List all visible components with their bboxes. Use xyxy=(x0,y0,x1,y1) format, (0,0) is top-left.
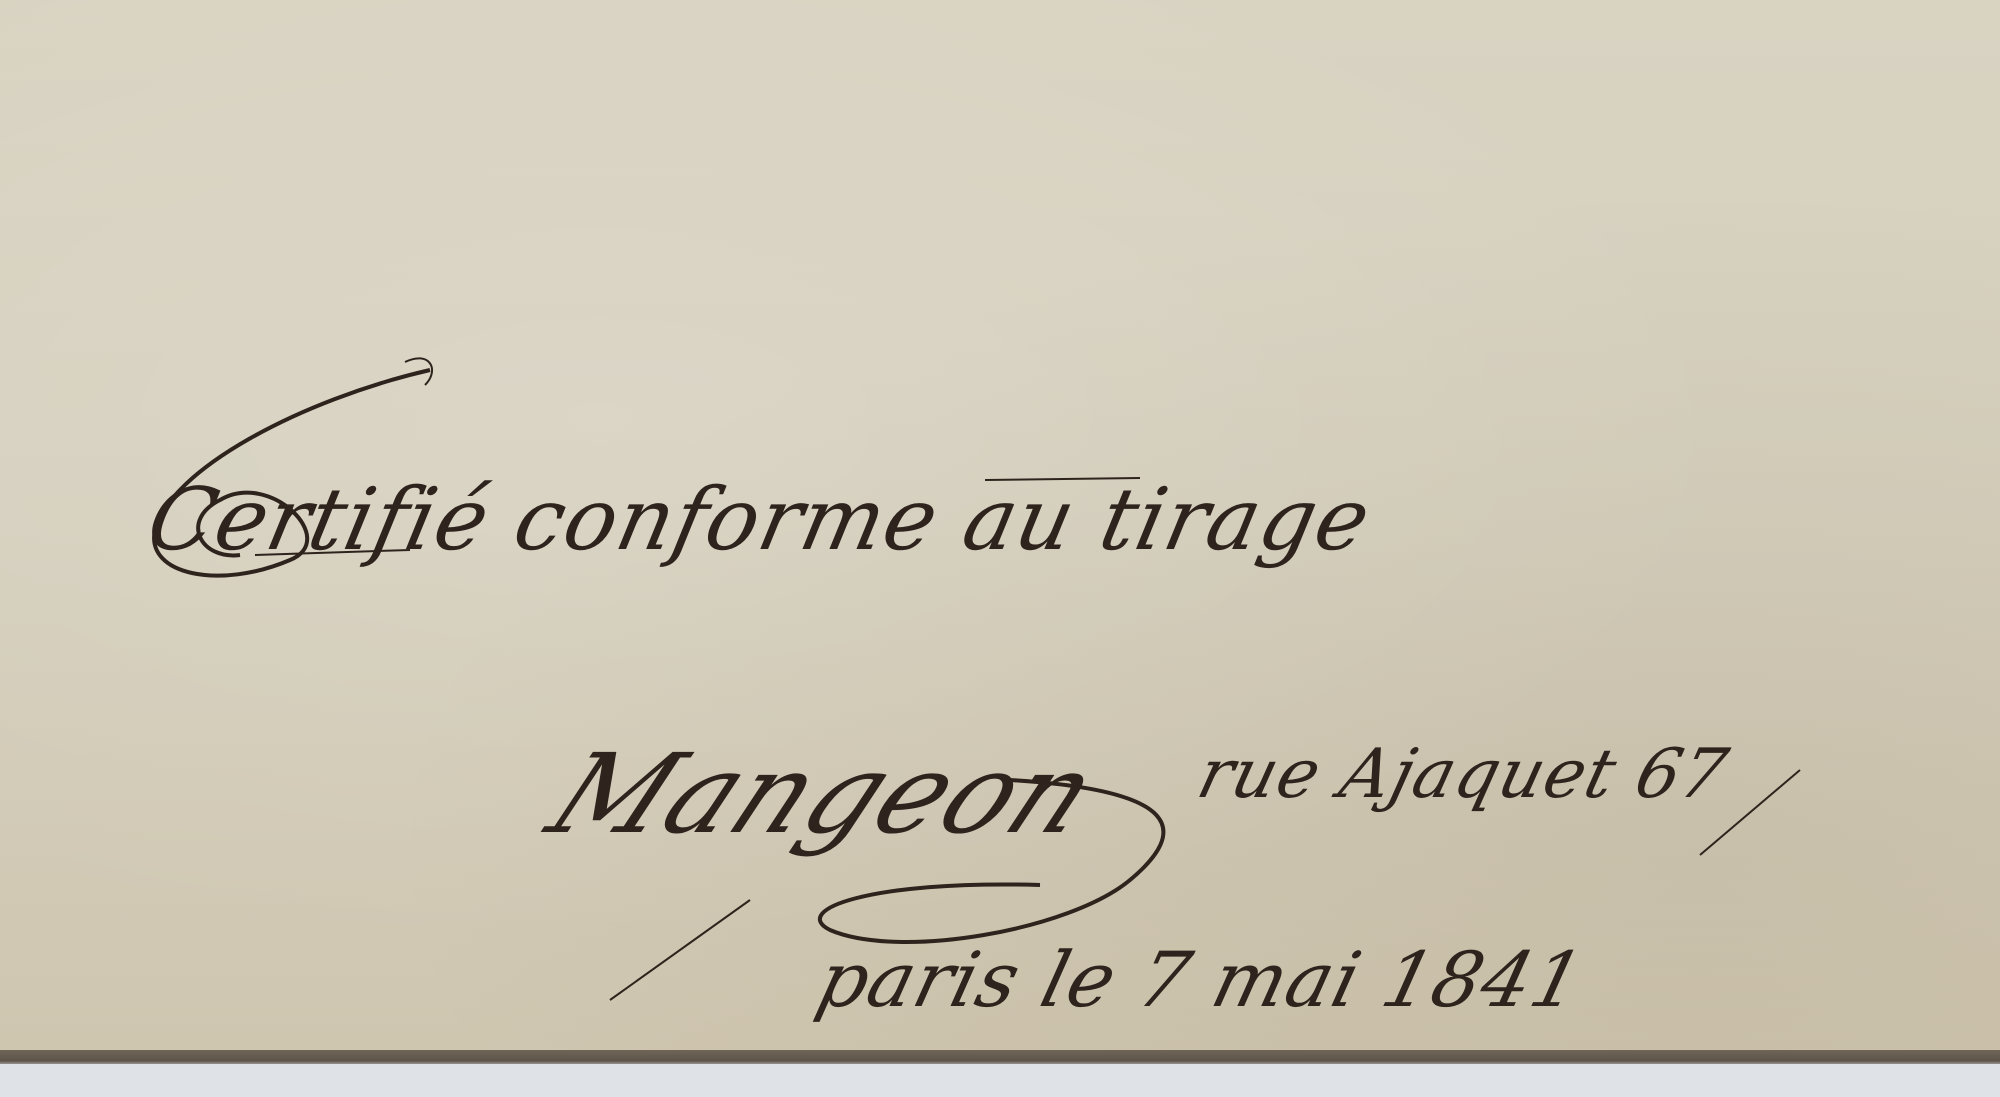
certification-text: Certifié conforme au tirage xyxy=(139,470,1379,570)
address-text: rue Ajaquet 67 xyxy=(1190,735,1736,814)
signature-name: Mangeon xyxy=(530,730,1118,858)
background-surface xyxy=(0,1064,2000,1097)
place-date-text: paris le 7 mai 1841 xyxy=(809,935,1593,1024)
